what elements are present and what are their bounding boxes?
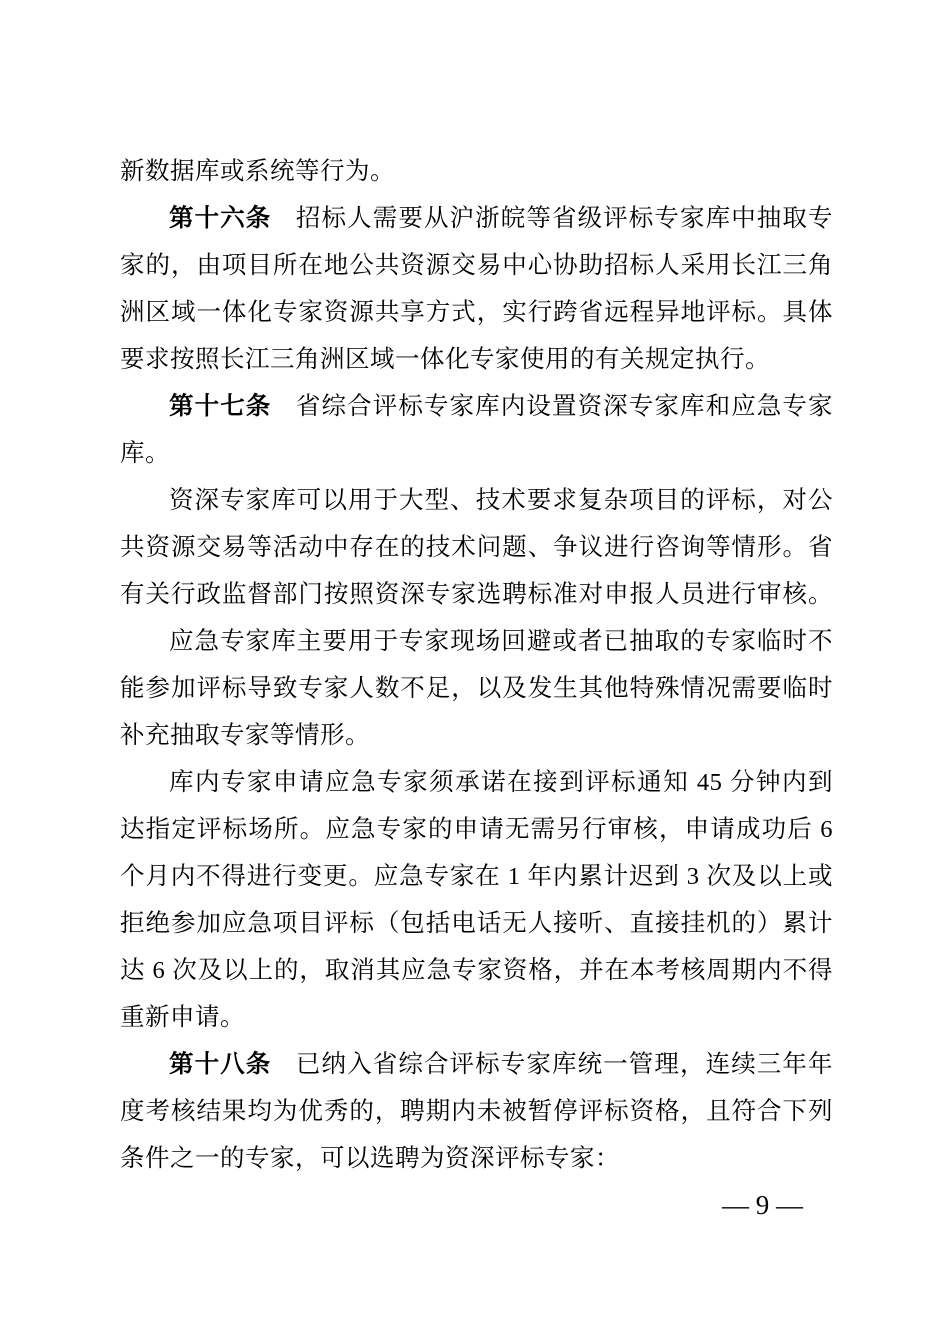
article-number: 第十六条 — [169, 205, 271, 232]
text-line: 补充抽取专家等情形。 — [120, 712, 833, 759]
text-line: 个月内不得进行变更。应急专家在 1 年内累计迟到 3 次及以上或 — [120, 853, 833, 900]
text-line: 拒绝参加应急项目评标（包括电话无人接听、直接挂机的）累计 — [120, 900, 833, 947]
text-line: 条件之一的专家，可以选聘为资深评标专家： — [120, 1135, 833, 1182]
text-line: 能参加评标导致专家人数不足，以及发生其他特殊情况需要临时 — [120, 665, 833, 712]
page-number: — 9 — — [722, 1188, 803, 1222]
text-line: 资深专家库可以用于大型、技术要求复杂项目的评标，对公 — [120, 477, 833, 524]
article-line: 第十六条招标人需要从沪浙皖等省级评标专家库中抽取专 — [120, 195, 833, 242]
text-line: 重新申请。 — [120, 994, 833, 1041]
article-number: 第十八条 — [169, 1051, 271, 1078]
article-number: 第十七条 — [169, 393, 271, 420]
text-line: 库。 — [120, 430, 833, 477]
document-page: 新数据库或系统等行为。 第十六条招标人需要从沪浙皖等省级评标专家库中抽取专 家的… — [0, 0, 950, 1343]
text-line: 达指定评标场所。应急专家的申请无需另行审核，申请成功后 6 — [120, 806, 833, 853]
text-line: 库内专家申请应急专家须承诺在接到评标通知 45 分钟内到 — [120, 759, 833, 806]
text-line: 共资源交易等活动中存在的技术问题、争议进行咨询等情形。省 — [120, 524, 833, 571]
text-line: 家的，由项目所在地公共资源交易中心协助招标人采用长江三角 — [120, 242, 833, 289]
text-line: 应急专家库主要用于专家现场回避或者已抽取的专家临时不 — [120, 618, 833, 665]
text-line: 已纳入省综合评标专家库统一管理，连续三年年 — [296, 1051, 833, 1078]
text-line: 招标人需要从沪浙皖等省级评标专家库中抽取专 — [296, 205, 833, 232]
document-body: 新数据库或系统等行为。 第十六条招标人需要从沪浙皖等省级评标专家库中抽取专 家的… — [120, 148, 833, 1182]
text-line: 度考核结果均为优秀的，聘期内未被暂停评标资格，且符合下列 — [120, 1088, 833, 1135]
text-line: 省综合评标专家库内设置资深专家库和应急专家 — [296, 393, 833, 420]
text-line: 要求按照长江三角洲区域一体化专家使用的有关规定执行。 — [120, 336, 833, 383]
article-line: 第十七条省综合评标专家库内设置资深专家库和应急专家 — [120, 383, 833, 430]
text-line: 洲区域一体化专家资源共享方式，实行跨省远程异地评标。具体 — [120, 289, 833, 336]
text-line: 新数据库或系统等行为。 — [120, 148, 833, 195]
text-line: 达 6 次及以上的，取消其应急专家资格，并在本考核周期内不得 — [120, 947, 833, 994]
text-line: 有关行政监督部门按照资深专家选聘标准对申报人员进行审核。 — [120, 571, 833, 618]
article-line: 第十八条已纳入省综合评标专家库统一管理，连续三年年 — [120, 1041, 833, 1088]
